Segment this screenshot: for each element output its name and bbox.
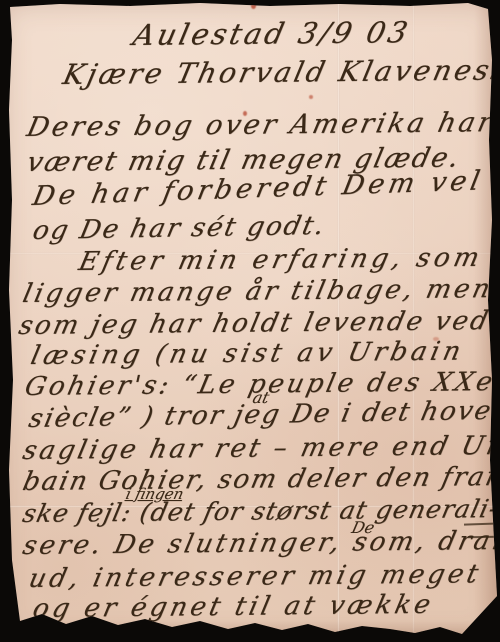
- handwritten-line: ske fejl: (det for størst at generali-: [20, 494, 500, 528]
- handwritten-line: som jeg har holdt levende ved: [16, 306, 493, 341]
- paper-edge-shading-bottom: [0, 620, 500, 642]
- place-date-line: Aulestad 3/9 03: [130, 15, 414, 52]
- stain: [309, 95, 313, 99]
- paper-sheet: Aulestad 3/9 03 Kjære Thorvald Klaveness…: [0, 0, 500, 642]
- handwritten-line: læsing (nu sist av Urbain: [28, 336, 467, 371]
- handwritten-line: og De har sét godt.: [30, 211, 329, 246]
- stain: [251, 3, 256, 9]
- interline-insertion: i fingen: [124, 485, 186, 503]
- handwritten-line: og er égnet til at vække: [30, 590, 437, 624]
- handwritten-line: Efter min erfaring, som: [76, 243, 486, 277]
- salutation-line: Kjære Thorvald Klaveness,: [60, 53, 500, 91]
- handwritten-line: bain Gohier, som deler den fran-: [20, 462, 500, 497]
- handwritten-line: saglige har ret – mere end Ur-: [20, 431, 500, 466]
- handwritten-line: ligger mange år tilbage, men: [20, 274, 496, 309]
- handwritten-line: sere. De slutninger, som, drar: [20, 526, 500, 561]
- handwritten-line: Deres bog over Amerika har: [24, 107, 497, 143]
- handwritten-line: ud, interesserer mig meget: [26, 559, 484, 594]
- interline-insertion: De: [350, 518, 377, 537]
- letter-scan: Aulestad 3/9 03 Kjære Thorvald Klaveness…: [0, 0, 500, 642]
